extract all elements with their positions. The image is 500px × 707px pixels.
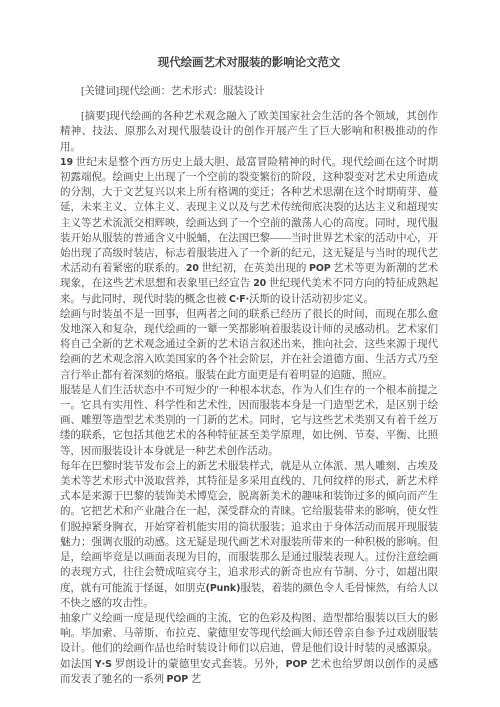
paragraph: 绘画与时装虽不是一回事，但两者之间的联系已经历了很长的时间，而现在那么愈发地深入…: [60, 307, 438, 383]
latin-text-run: 19: [60, 157, 73, 168]
paragraph: 每年在巴黎时装节发布会上的新艺术服装样式，就是从立体派、黑人雕刻、古埃及美术等艺…: [60, 459, 438, 611]
latin-text-run: 20: [186, 263, 199, 274]
keywords-line: [关键词]现代绘画：艺术形式：服装设计: [60, 84, 438, 99]
latin-text-run: POP: [309, 263, 331, 274]
latin-text-run: Y·S: [95, 659, 112, 670]
document-body: 19 世纪末是整个西方历史上最大胆、最富冒险精神的时代。现代绘画在这个时期初露端…: [60, 155, 438, 687]
document-page: 现代绘画艺术对服装的影响论文范文 [关键词]现代绘画：艺术形式：服装设计 [摘要…: [0, 0, 500, 707]
latin-text-run: POP: [167, 674, 189, 685]
paragraph: 服装是人们生活状态中不可短少的'一种根本状态，作为人们生存的一个根本前提之一。它…: [60, 383, 438, 459]
document-title: 现代绘画艺术对服装的影响论文范文: [60, 56, 438, 71]
latin-text-run: (Punk): [206, 583, 241, 594]
latin-text-run: 20: [253, 278, 266, 289]
latin-text-run: POP: [286, 659, 308, 670]
abstract-paragraph: [摘要]现代绘画的各种艺术观念融入了欧美国家社会生活的各个领域，其创作精神、技法…: [60, 109, 438, 155]
paragraph: 抽象广义绘画一度是现代绘画的主流，它的色彩及构图、造型都给服装以巨大的影响。毕加…: [60, 611, 438, 687]
latin-text-run: C·F·: [229, 294, 249, 305]
paragraph: 19 世纪末是整个西方历史上最大胆、最富冒险精神的时代。现代绘画在这个时期初露端…: [60, 155, 438, 307]
